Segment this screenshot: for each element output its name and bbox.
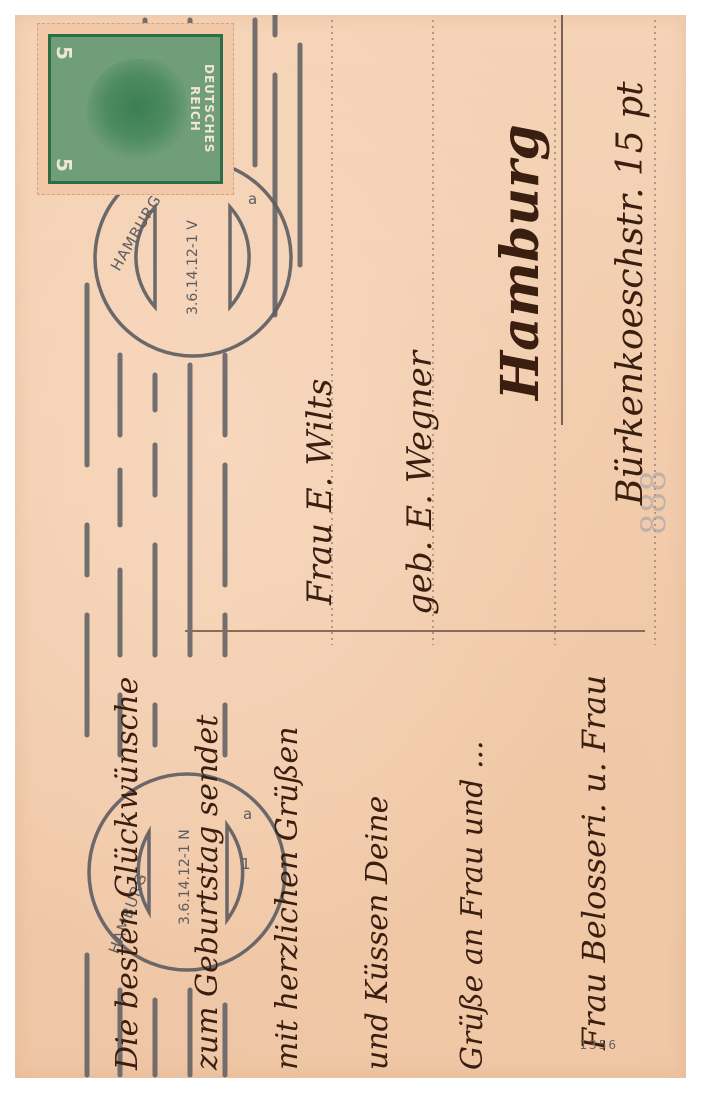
germania-figure-icon <box>87 59 187 165</box>
stamp-country: DEUTSCHES REICH <box>194 43 216 175</box>
postage-stamp: 5 5 DEUTSCHES REICH <box>37 23 234 195</box>
postmark-date: 3.6.14.12-1 V <box>185 220 201 315</box>
printed-card-code: 1356 <box>579 1038 618 1052</box>
postcard: 888 5 5 DEUTSCHES REICH HAMBURG 3.6.14.1… <box>15 15 686 1078</box>
message-signature: Frau Belosseri. u. Frau <box>575 675 613 1050</box>
message-line-2: zum Geburtstag sendet <box>190 715 225 1070</box>
postmark-letter: a <box>243 805 253 823</box>
address-line-4: Bürkenkoeschstr. 15 pt <box>610 81 651 505</box>
message-line-4: und Küssen Deine <box>360 796 395 1070</box>
stamp-value: 5 <box>52 46 76 60</box>
address-line-1: Frau E. Wilts <box>300 379 340 605</box>
postmark-number: 1 <box>241 855 252 873</box>
stamp-design: 5 5 DEUTSCHES REICH <box>48 34 223 184</box>
message-line-5: Grüße an Frau und ... <box>455 740 490 1070</box>
address-line-2: geb. E. Wegner <box>400 351 440 615</box>
stamp-value: 5 <box>52 158 76 172</box>
address-line-3: Hamburg <box>490 124 551 400</box>
message-line-1: Die besten Glückwünsche <box>110 677 145 1070</box>
postmark-letter: a <box>248 190 258 208</box>
message-line-3: mit herzlichen Grüßen <box>270 726 305 1070</box>
